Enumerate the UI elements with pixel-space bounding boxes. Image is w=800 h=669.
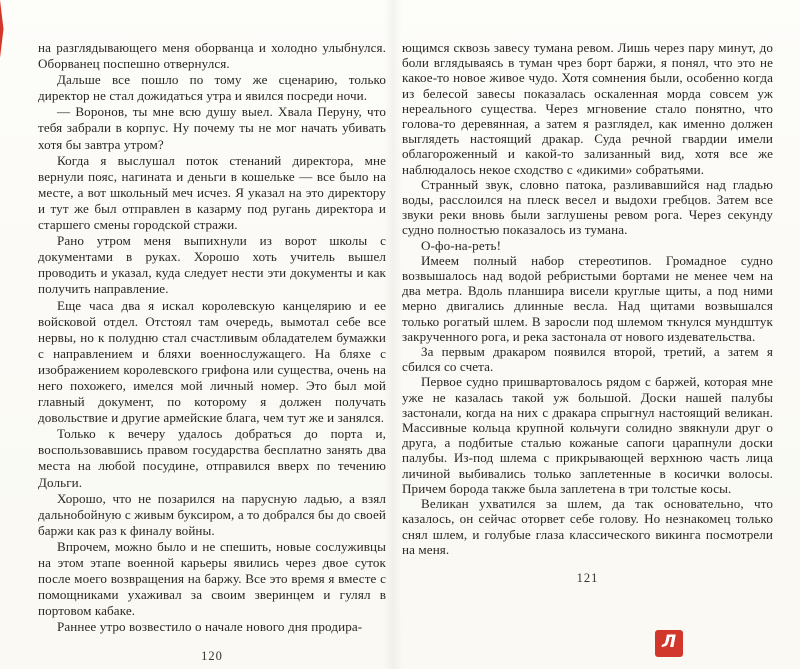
- labirint-logo: Л: [655, 630, 683, 657]
- right-page: ющимся сквозь завесу тумана ревом. Лишь …: [402, 40, 773, 586]
- left-page: на разглядывающего меня оборванца и холо…: [38, 40, 386, 664]
- right-page-number: 121: [402, 571, 773, 586]
- paragraph: на разглядывающего меня оборванца и холо…: [38, 40, 386, 72]
- paragraph: ющимся сквозь завесу тумана ревом. Лишь …: [402, 40, 773, 177]
- paragraph: За первым дракаром появился второй, трет…: [402, 344, 773, 374]
- labirint-logo-letter: Л: [662, 634, 676, 651]
- paragraph: Странный звук, словно патока, разливавши…: [402, 177, 773, 238]
- paragraph: Когда я выслушал поток стенаний директор…: [38, 153, 386, 233]
- left-page-number: 120: [38, 649, 386, 664]
- paragraph: Первое судно пришвартовалось рядом с бар…: [402, 374, 773, 496]
- book-spread: на разглядывающего меня оборванца и холо…: [0, 0, 800, 669]
- corner-fold-mark: [0, 0, 7, 58]
- paragraph: — Воронов, ты мне всю душу выел. Хвала П…: [38, 104, 386, 152]
- paragraph: Только к вечеру удалось добраться до пор…: [38, 426, 386, 490]
- page-gutter-shadow: [384, 0, 402, 669]
- paragraph: Раннее утро возвестило о начале нового д…: [38, 619, 386, 635]
- paragraph: Великан ухватился за шлем, да так основа…: [402, 496, 773, 557]
- paragraph: Еще часа два я искал королевскую канцеля…: [38, 298, 386, 427]
- paragraph: Дальше все пошло по тому же сценарию, то…: [38, 72, 386, 104]
- paragraph: Хорошо, что не позарился на парусную лад…: [38, 491, 386, 539]
- left-page-text: на разглядывающего меня оборванца и холо…: [38, 40, 386, 635]
- right-page-text: ющимся сквозь завесу тумана ревом. Лишь …: [402, 40, 773, 557]
- paragraph: О-фо-на-реть!: [402, 238, 773, 253]
- paragraph: Впрочем, можно было и не спешить, новые …: [38, 539, 386, 619]
- paragraph: Рано утром меня выпихнули из ворот школы…: [38, 233, 386, 297]
- paragraph: Имеем полный набор стереотипов. Громадно…: [402, 253, 773, 344]
